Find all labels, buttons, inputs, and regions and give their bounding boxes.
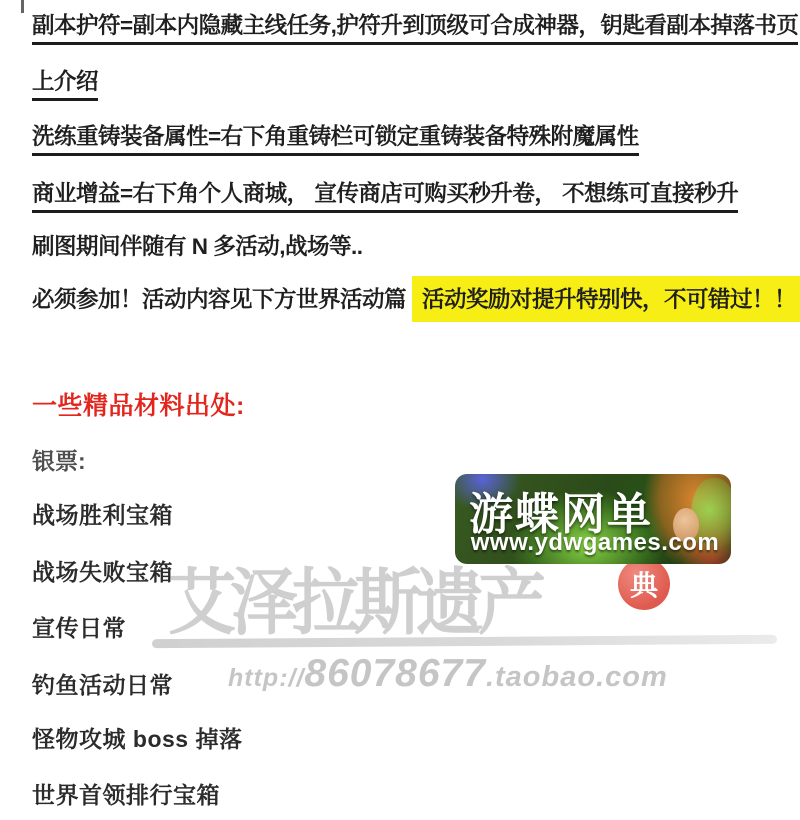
- guide-line-reforge: 洗练重铸装备属性=右下角重铸栏可锁定重铸装备特殊附魔属性: [32, 123, 639, 151]
- guide-line-dungeon-amulet: 副本护符=副本内隐藏主线任务,护符升到顶级可合成神器，钥匙看副本掉落书页: [32, 12, 798, 40]
- badge-store-url: www.ydwgames.com: [465, 529, 725, 557]
- list-item: 怪物攻城 boss 掉落: [32, 721, 242, 754]
- section-heading-materials: 一些精品材料出处:: [32, 386, 245, 422]
- must-join-text: 必须参加！活动内容见下方世界活动篇: [32, 287, 406, 312]
- taobao-url-watermark: http://86078677.taobao.com: [228, 652, 668, 696]
- scan-artifact-mark: [21, 0, 24, 13]
- guide-line-dungeon-amulet-cont: 上介绍: [32, 68, 98, 96]
- list-item: 钓鱼活动日常: [32, 667, 173, 700]
- guide-line-must-join: 必须参加！活动内容见下方世界活动篇活动奖励对提升特别快，不可错过！！！: [32, 286, 800, 314]
- list-intro-silver-ticket: 银票:: [32, 443, 86, 476]
- document-page: 副本护符=副本内隐藏主线任务,护符升到顶级可合成神器，钥匙看副本掉落书页 上介绍…: [0, 0, 800, 820]
- underlined-text: 上介绍: [32, 69, 98, 101]
- url-suffix: .taobao.com: [486, 661, 668, 693]
- underlined-text: 洗练重铸装备属性=右下角重铸栏可锁定重铸装备特殊附魔属性: [32, 124, 639, 156]
- store-badge-image: 游蝶网单 www.ydwgames.com: [455, 474, 731, 564]
- list-item: 战场失败宝箱: [32, 554, 173, 587]
- guide-line-commerce: 商业增益=右下角个人商城， 宣传商店可购买秒升卷， 不想练可直接秒升: [32, 180, 738, 208]
- underlined-text: 商业增益=右下角个人商城， 宣传商店可购买秒升卷， 不想练可直接秒升: [32, 181, 738, 213]
- url-prefix: http://: [228, 664, 304, 692]
- red-seal-badge: 典: [618, 558, 670, 610]
- underlined-text: 副本护符=副本内隐藏主线任务,护符升到顶级可合成神器，钥匙看副本掉落书页: [32, 13, 798, 45]
- list-item: 世界首领排行宝箱: [32, 777, 220, 810]
- highlighted-warning-text: 活动奖励对提升特别快，不可错过！！！: [412, 276, 800, 322]
- guide-line-events: 刷图期间伴随有 N 多活动,战场等..: [32, 233, 363, 261]
- list-item: 宣传日常: [32, 610, 126, 643]
- url-number: 86078677: [304, 652, 486, 695]
- list-item: 战场胜利宝箱: [32, 497, 173, 530]
